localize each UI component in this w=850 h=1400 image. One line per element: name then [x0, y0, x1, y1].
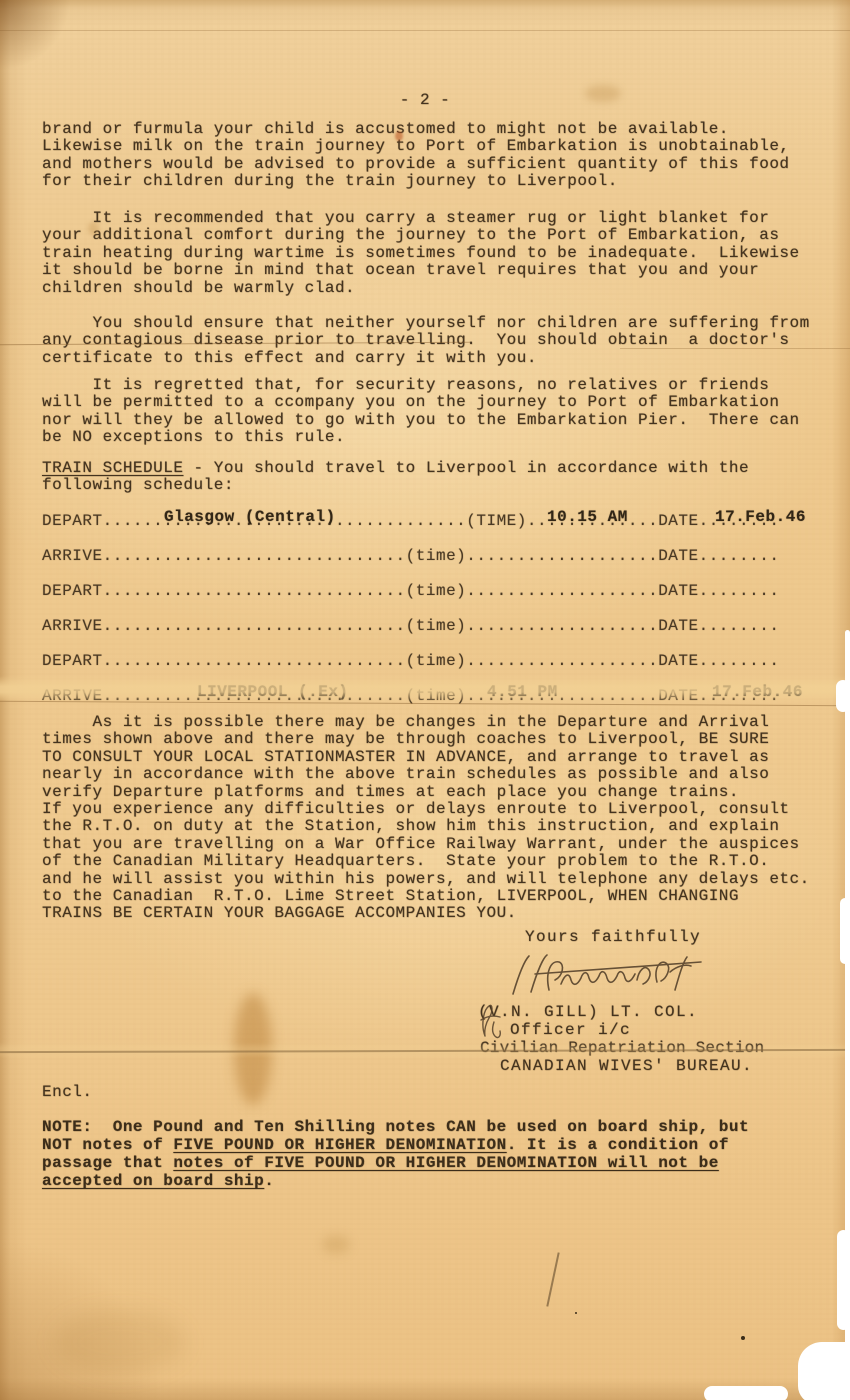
train-schedule-title: TRAIN SCHEDULE — [42, 459, 183, 477]
ink-speck — [575, 1312, 577, 1314]
page-number: - 2 - — [0, 92, 850, 109]
schedule-row: DEPART..............................(tim… — [42, 653, 842, 670]
schedule-row-base: DEPART..............................(tim… — [42, 652, 779, 670]
torn-edge — [704, 1386, 788, 1400]
schedule-entry-date: 17.Feb.46 — [715, 509, 806, 526]
fold-fade-band — [0, 676, 850, 702]
paragraph-rto-instructions: As it is possible there may be changes i… — [42, 714, 842, 923]
torn-edge — [840, 898, 850, 964]
handwritten-signature — [505, 950, 715, 1002]
signed-name: (V.N. GILL) LT. COL. — [478, 1004, 698, 1021]
schedule-row-base: DEPART..................................… — [42, 512, 779, 530]
note-underlined-denomination: FIVE POUND OR HIGHER DENOMINATION — [173, 1136, 506, 1154]
stain — [585, 85, 621, 102]
document-scan: - 2 - brand or furmula your child is acc… — [0, 0, 850, 1400]
fold-fade-band — [0, 1042, 850, 1058]
officer-line: Officer i/c — [510, 1022, 631, 1039]
paragraph-formula: brand or furmula your child is accustome… — [42, 121, 842, 191]
schedule-entry-station: Glasgow (Central) — [164, 509, 336, 526]
schedule-row-base: ARRIVE..............................(tim… — [42, 547, 779, 565]
torn-edge — [837, 1230, 850, 1330]
handwritten-for-mark — [477, 1000, 503, 1040]
paragraph-steamer-rug: It is recommended that you carry a steam… — [42, 210, 842, 297]
schedule-row-base: DEPART..............................(tim… — [42, 582, 779, 600]
torn-corner — [798, 1342, 850, 1400]
stain — [88, 222, 99, 235]
stain — [55, 1310, 185, 1374]
torn-edge — [836, 680, 850, 712]
schedule-row: ARRIVE..............................(tim… — [42, 548, 842, 565]
note-text: . — [264, 1172, 274, 1190]
valediction: Yours faithfully — [525, 929, 701, 946]
schedule-row: DEPART..............................(tim… — [42, 583, 842, 600]
fold-crease — [620, 348, 850, 349]
schedule-entry-time: 10.15 AM — [547, 509, 628, 526]
schedule-row: ARRIVE..............................(tim… — [42, 618, 842, 635]
ink-speck — [741, 1336, 745, 1340]
stain — [395, 131, 403, 141]
enclosure-label: Encl. — [42, 1084, 93, 1101]
currency-note: NOTE: One Pound and Ten Shilling notes C… — [42, 1118, 842, 1190]
train-schedule-heading: TRAIN SCHEDULE - You should travel to Li… — [42, 460, 842, 495]
stain — [322, 1235, 350, 1254]
fold-crease — [0, 30, 850, 31]
schedule-row: DEPART..................................… — [42, 513, 842, 530]
schedule-row-base: ARRIVE..............................(tim… — [42, 617, 779, 635]
bureau-line: CANADIAN WIVES' BUREAU. — [500, 1058, 753, 1075]
paragraph-security: It is regretted that, for security reaso… — [42, 377, 842, 447]
